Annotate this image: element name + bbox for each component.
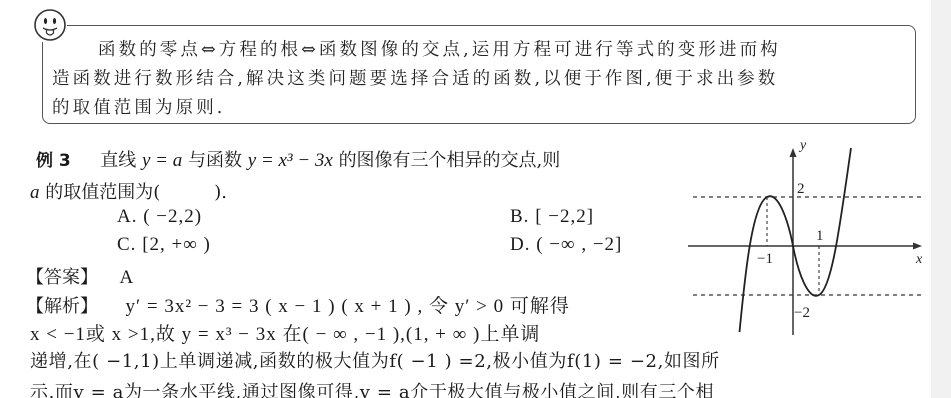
tip-line-2: 造函数进行数形结合,解决这类问题要选择合适的函数,以便于作图,便于求出参数 [52, 65, 778, 90]
option-b-label: B. [510, 206, 529, 227]
analysis-line-3: 递增,在( −1,1)上单调递减,函数的极大值为f( −1 ) =2,极小值为f… [30, 347, 720, 373]
option-d-value: ( −∞ , −2] [536, 234, 622, 255]
answer-label: 【答案】 [26, 267, 98, 288]
tip-line-1: 函数的零点⇔方程的根⇔函数图像的交点,运用方程可进行等式的变形进而构 [98, 36, 781, 61]
smiley-face-icon [33, 8, 67, 42]
option-b-value: [ −2,2] [535, 206, 594, 227]
option-c: C. [2, +∞ ) [117, 234, 211, 256]
cubic-function-graph: y x 2 −2 −1 1 [680, 135, 930, 335]
analysis-line-4: 示.而y = a为一条水平线,通过图像可得,y = a介于极大值与极小值之间,则… [30, 378, 714, 398]
option-b: B. [ −2,2] [510, 206, 594, 228]
option-d: D. ( −∞ , −2] [510, 234, 622, 256]
svg-text:x: x [915, 252, 923, 267]
svg-text:−1: −1 [757, 251, 773, 267]
analysis-line-1: 【解析】 y′ = 3x² − 3 = 3 ( x − 1 ) ( x + 1 … [26, 291, 570, 318]
svg-text:2: 2 [797, 181, 805, 197]
tip-line-3: 的取值范围为原则. [52, 94, 225, 119]
example-question-line-2: a 的取值范围为( ). [30, 178, 227, 204]
analysis-text-1: y′ = 3x² − 3 = 3 ( x − 1 ) ( x + 1 ) , 令… [125, 296, 569, 317]
variable-a: a [30, 182, 40, 203]
equation-line: y = a [142, 150, 182, 171]
option-a-value: ( −2,2) [143, 206, 202, 227]
svg-text:1: 1 [816, 228, 824, 244]
example-question-line-1: 例 3 直线 y = a 与函数 y = x³ − 3x 的图像有三个相异的交点… [36, 146, 560, 172]
equation-cubic: y = x³ − 3x [248, 150, 333, 171]
option-d-label: D. [510, 234, 530, 255]
question-text-mid: 与函数 [188, 150, 242, 171]
option-c-label: C. [117, 234, 136, 255]
page-edge-strip [931, 0, 951, 398]
question-text-range: 的取值范围为( ). [45, 182, 227, 203]
option-c-value: [2, +∞ ) [142, 234, 211, 255]
svg-text:y: y [798, 138, 807, 153]
option-a-label: A. [117, 206, 137, 227]
analysis-line-2: x < −1或 x >1,故 y = x³ − 3x 在( − ∞ , −1 )… [30, 319, 540, 346]
question-text-pre: 直线 [100, 150, 136, 171]
analysis-label: 【解析】 [26, 296, 98, 317]
answer-line: 【答案】 A [26, 263, 134, 289]
svg-text:−2: −2 [794, 305, 810, 321]
answer-value: A [119, 267, 134, 288]
option-a: A. ( −2,2) [117, 206, 202, 228]
example-label: 例 3 [36, 151, 71, 171]
question-text-post: 的图像有三个相异的交点,则 [339, 150, 561, 171]
